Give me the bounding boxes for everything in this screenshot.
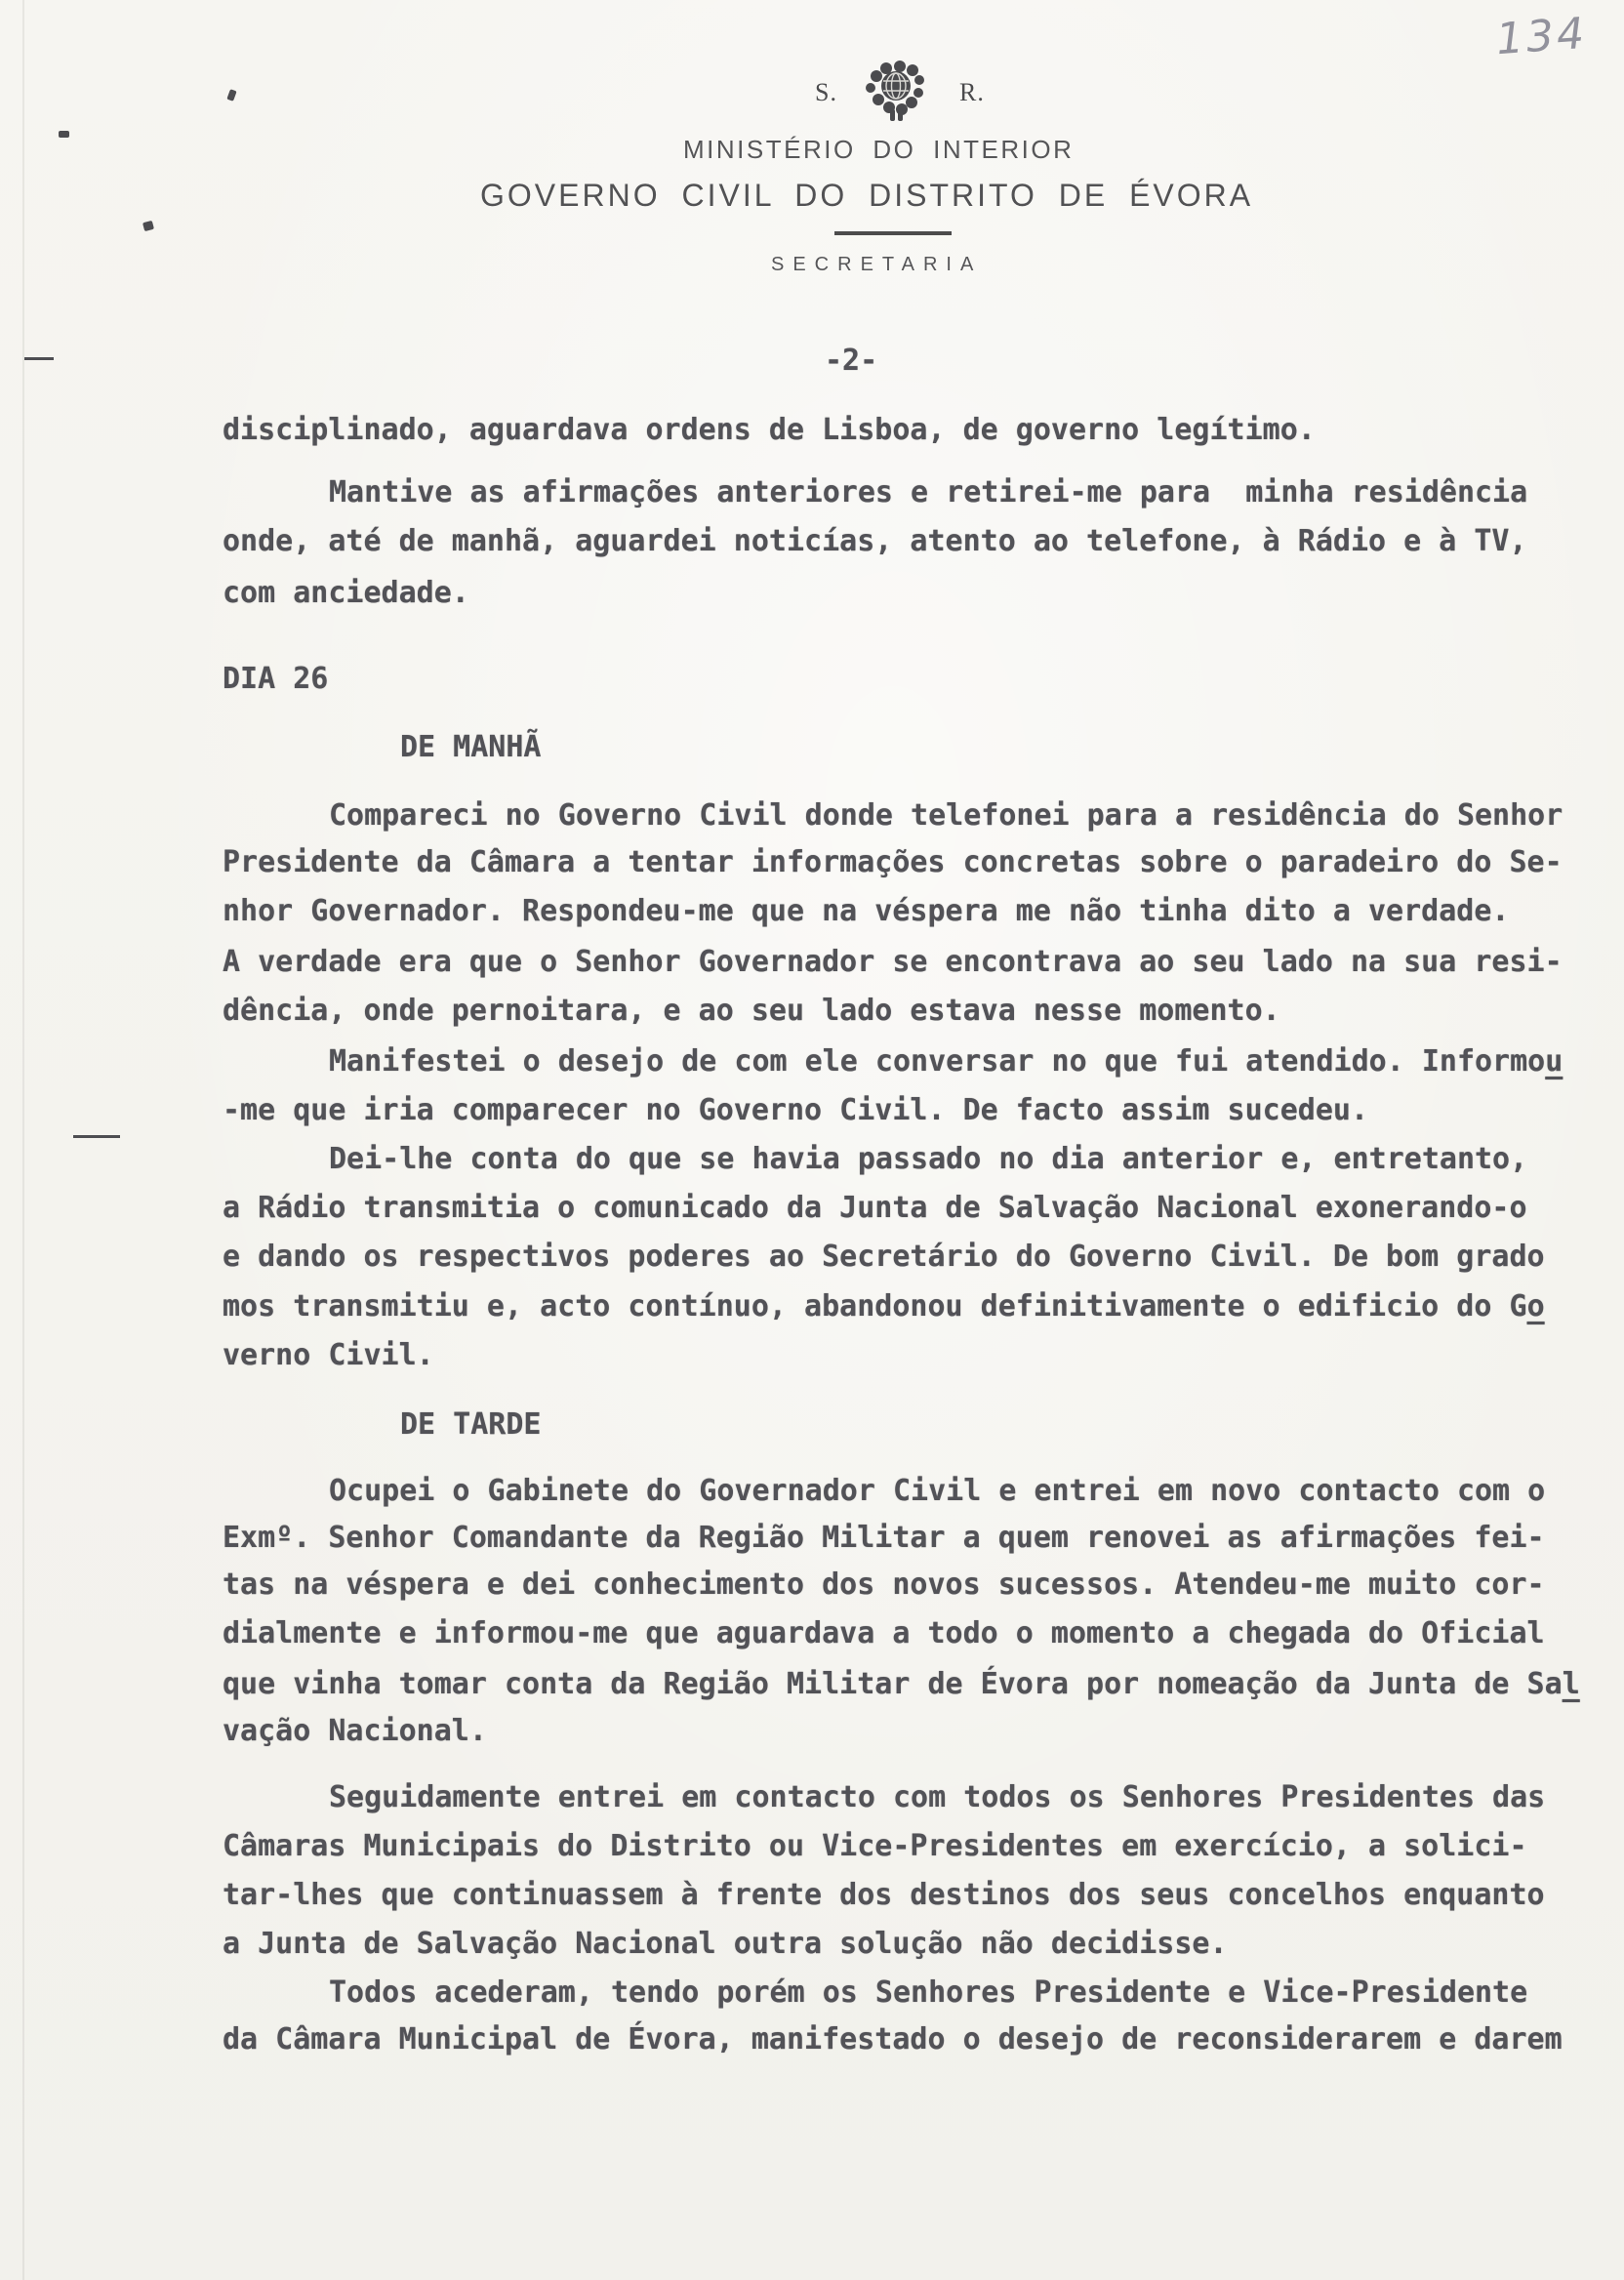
line-text: que vinha tomar conta da Região Militar …: [223, 1667, 1563, 1701]
typewritten-line: Câmaras Municipais do Distrito ou Vice-P…: [223, 1829, 1527, 1863]
margin-dash: [24, 357, 54, 360]
margin-speck: [59, 131, 69, 138]
typewritten-line: disciplinado, aguardava ordens de Lisboa…: [223, 413, 1316, 447]
office-title: GOVERNO CIVIL DO DISTRITO DE ÉVORA: [480, 178, 1253, 214]
typewritten-line: Seguidamente entrei em contacto com todo…: [329, 1780, 1545, 1814]
afternoon-heading: DE TARDE: [400, 1407, 542, 1442]
typewritten-line: tar-lhes que continuassem à frente dos d…: [223, 1878, 1545, 1912]
underlined-continuation-letter: u: [1545, 1044, 1563, 1079]
typewritten-line: Mantive as afirmações anteriores e retir…: [329, 475, 1527, 509]
typewritten-line: dência, onde pernoitara, e ao seu lado e…: [223, 994, 1280, 1028]
header-rule: [834, 231, 952, 235]
morning-heading: DE MANHÃ: [400, 730, 542, 764]
line-text: mos transmitiu e, acto contínuo, abandon…: [223, 1289, 1527, 1323]
margin-speck: [142, 221, 154, 231]
typewritten-line: vação Nacional.: [223, 1714, 487, 1748]
department-title: SECRETARIA: [771, 254, 982, 276]
typewritten-line: a Junta de Salvação Nacional outra soluç…: [223, 1927, 1228, 1961]
typewritten-line: Manifestei o desejo de com ele conversar…: [329, 1044, 1563, 1079]
typewritten-line: dialmente e informou-me que aguardava a …: [223, 1616, 1545, 1650]
typewritten-line: tas na véspera e dei conhecimento dos no…: [223, 1567, 1545, 1602]
typewritten-line: Presidente da Câmara a tentar informaçõe…: [223, 845, 1563, 879]
typewritten-line: mos transmitiu e, acto contínuo, abandon…: [223, 1289, 1545, 1323]
national-crest-stamp-icon: [857, 61, 935, 123]
scanned-document-page: 134 S. R.: [0, 0, 1624, 2280]
typewritten-line: que vinha tomar conta da Região Militar …: [223, 1667, 1580, 1701]
header-initial-r: R.: [959, 78, 985, 107]
ministry-title: MINISTÉRIO DO INTERIOR: [683, 135, 1074, 165]
typewritten-line: Todos acederam, tendo porém os Senhores …: [329, 1975, 1527, 2010]
typewritten-line: Dei-lhe conta do que se havia passado no…: [329, 1142, 1527, 1176]
typewritten-line: A verdade era que o Senhor Governador se…: [223, 945, 1563, 979]
line-text: Manifestei o desejo de com ele conversar…: [329, 1044, 1545, 1079]
margin-speck: [226, 89, 236, 102]
typewritten-line: a Rádio transmitia o comunicado da Junta…: [223, 1191, 1527, 1225]
typewritten-line: com anciedade.: [223, 576, 469, 610]
typewritten-line: Ocupei o Gabinete do Governador Civil e …: [329, 1474, 1545, 1508]
typewritten-line: da Câmara Municipal de Évora, manifestad…: [223, 2022, 1563, 2056]
typewritten-line: Exmº. Senhor Comandante da Região Milita…: [223, 1521, 1545, 1555]
typewritten-line: Compareci no Governo Civil donde telefon…: [329, 798, 1563, 833]
typewritten-line: verno Civil.: [223, 1338, 434, 1372]
header-initial-s: S.: [815, 78, 837, 107]
typewritten-line: -me que iria comparecer no Governo Civil…: [223, 1093, 1368, 1127]
day-heading: DIA 26: [223, 662, 328, 696]
page-number: -2-: [825, 344, 877, 378]
typewritten-line: nhor Governador. Respondeu-me que na vés…: [223, 894, 1510, 928]
underlined-continuation-letter: o: [1527, 1289, 1545, 1323]
handwritten-page-number: 134: [1494, 9, 1588, 64]
margin-dash: [73, 1135, 120, 1138]
typewritten-line: e dando os respectivos poderes ao Secret…: [223, 1240, 1545, 1274]
scanner-artifact-line: [22, 0, 24, 2280]
typewritten-line: onde, até de manhã, aguardei noticías, a…: [223, 524, 1527, 558]
underlined-continuation-letter: l: [1563, 1667, 1580, 1701]
